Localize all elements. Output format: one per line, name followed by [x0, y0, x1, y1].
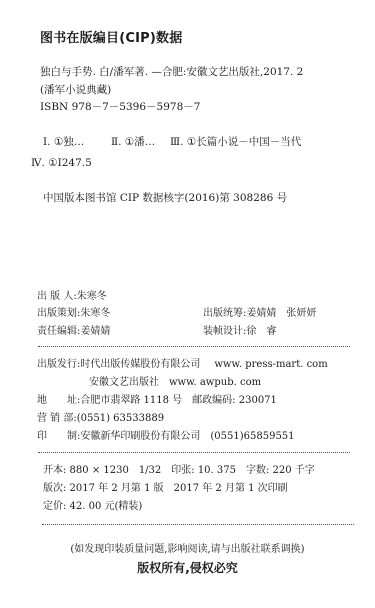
cip-title: 图书在版编目(CIP)数据 — [40, 27, 182, 46]
credit-label: 装帧设计: — [203, 326, 246, 337]
quality-notice: (如发现印装质量问题,影响阅读,请与出版社联系调换) — [0, 540, 375, 555]
divider-1 — [38, 346, 350, 347]
classification-i: Ⅰ. ①独… — [43, 135, 84, 149]
credit-label: 出 版 人: — [37, 291, 77, 302]
divider-3 — [42, 524, 354, 525]
credit-coordination: 出版统筹:姜婧婧 张妍妍 — [203, 307, 316, 321]
spec-format: 开本: 880 × 1230 1/32 印张: 10. 375 字数: 220 … — [43, 464, 315, 478]
copyright-notice: 版权所有,侵权必究 — [0, 559, 375, 576]
credit-label: 出版统筹: — [203, 308, 246, 319]
address-line: 地 址:合肥市翡翠路 1118 号 邮政编码: 230071 — [37, 394, 277, 408]
sales-label: 营 销 部: — [37, 413, 77, 424]
distribution-label: 出版发行: — [37, 359, 80, 370]
sales-line: 营 销 部:(0551) 63533889 — [37, 412, 164, 426]
printer-value: 安徽新华印刷股份有限公司 (0551)65859551 — [80, 431, 294, 442]
credit-design: 装帧设计:徐 睿 — [203, 325, 276, 339]
series-name: (潘军小说典藏) — [40, 83, 111, 97]
credit-value: 姜婧婧 张妍妍 — [246, 308, 316, 319]
credit-value: 朱寒冬 — [80, 308, 110, 319]
sales-value: (0551) 63533889 — [77, 413, 164, 424]
address-value: 合肥市翡翠路 1118 号 邮政编码: 230071 — [80, 395, 277, 406]
classification-iii: Ⅲ. ①长篇小说－中国－当代 — [170, 135, 301, 149]
address-label: 地 址: — [37, 395, 80, 406]
credit-publisher: 出 版 人:朱寒冬 — [37, 290, 107, 304]
printer-line: 印 制:安徽新华印刷股份有限公司 (0551)65859551 — [37, 430, 295, 444]
credit-label: 责任编辑: — [37, 326, 80, 337]
spec-price: 定价: 42. 00 元(精装) — [43, 500, 142, 514]
credit-planning: 出版策划:朱寒冬 — [37, 307, 110, 321]
distribution-url-1: www. press-mart. com — [214, 359, 327, 370]
distribution-url-2: www. awpub. com — [169, 377, 261, 388]
classification-iv: Ⅳ. ①I247.5 — [31, 156, 92, 170]
credit-value: 徐 睿 — [246, 326, 276, 337]
credit-label: 出版策划: — [37, 308, 80, 319]
cip-number: 中国版本图书馆 CIP 数据核字(2016)第 308286 号 — [43, 191, 287, 205]
credit-value: 朱寒冬 — [77, 291, 107, 302]
credit-value: 姜婧婧 — [80, 326, 110, 337]
spec-edition: 版次: 2017 年 2 月第 1 版 2017 年 2 月第 1 次印刷 — [43, 482, 288, 496]
classification-ii: Ⅱ. ①潘… — [111, 135, 155, 149]
distribution-line-1: 出版发行:时代出版传媒股份有限公司www. press-mart. com — [37, 358, 328, 372]
credit-editor: 责任编辑:姜婧婧 — [37, 325, 110, 339]
divider-2 — [38, 452, 350, 453]
printer-label: 印 制: — [37, 431, 80, 442]
isbn: ISBN 978－7－5396－5978－7 — [40, 100, 200, 114]
cip-record-line: 独白与手势. 白/潘军著. —合肥:安徽文艺出版社,2017. 2 — [40, 65, 303, 79]
distribution-company-1: 时代出版传媒股份有限公司 — [80, 359, 200, 370]
distribution-company-2: 安徽文艺出版社 — [89, 377, 159, 388]
distribution-line-2: 安徽文艺出版社www. awpub. com — [89, 376, 261, 390]
